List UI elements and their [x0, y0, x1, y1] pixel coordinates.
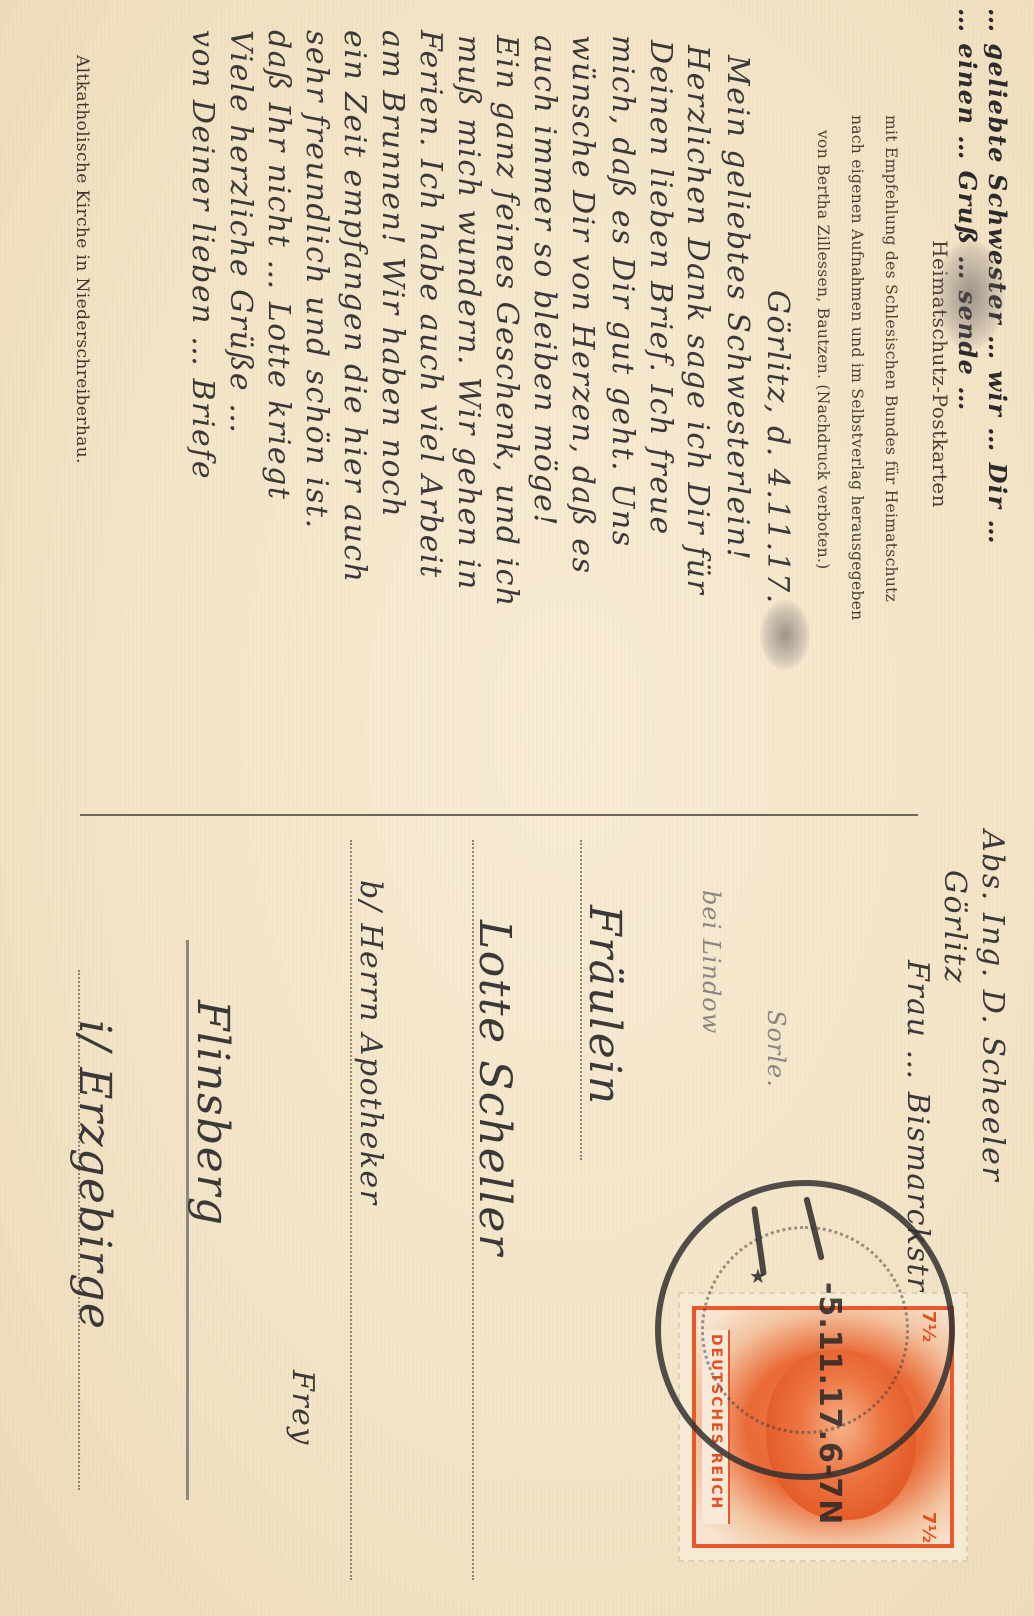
- address-line-town: Flinsberg: [187, 1000, 238, 1227]
- postmark: ★ -5.11.17.6-7N: [655, 1180, 955, 1480]
- printed-line-2: nach eigenen Aufnahmen und im Selbstverl…: [848, 115, 866, 620]
- message-line: am Brunnen! Wir haben noch: [375, 30, 410, 518]
- address-line-name: Lotte Scheller: [469, 920, 520, 1256]
- address-line-region: i/ Erzgebirge: [69, 1020, 120, 1330]
- message-line: wünsche Dir von Herzen, daß es: [565, 35, 600, 575]
- message-line: Ein ganz feines Geschenk, und ich: [489, 35, 524, 608]
- message-line: Herzlichen Dank sage ich Dir für: [680, 45, 715, 595]
- ink-smudge: [935, 240, 1005, 350]
- pencil-note: bei Lindow: [697, 890, 725, 1034]
- postmark-date: -5.11.17.6-7N: [812, 1282, 847, 1525]
- photo-caption: Altkatholische Kirche in Niederschreiber…: [72, 55, 92, 464]
- message-line: Deinen lieben Brief. Ich freue: [643, 40, 678, 536]
- printed-line-1: mit Empfehlung des Schlesischen Bundes f…: [882, 115, 900, 602]
- divider-line: [80, 814, 918, 816]
- postcard: … geliebte Schwester … wir … Dir … … ein…: [0, 0, 1034, 1616]
- message-line: auch immer so bleiben möge!: [527, 35, 562, 527]
- message-line: ein Zeit empfangen die hier auch: [337, 30, 372, 584]
- ink-smudge: [760, 600, 810, 670]
- address-line-care-of-name: Frey: [285, 1370, 320, 1446]
- message-line: Viele herzliche Grüße …: [223, 30, 258, 435]
- postmark-inner-ring: [701, 1226, 909, 1434]
- stamp-value: 7½: [918, 1512, 939, 1543]
- message-line: von Deiner lieben … Briefe: [185, 30, 220, 480]
- message-line: Mein geliebtes Schwesterlein!: [720, 55, 755, 561]
- sender-line: Görlitz: [937, 870, 972, 984]
- address-line-salutation: Fräulein: [579, 905, 630, 1106]
- pencil-note: Sorle.: [762, 1010, 790, 1088]
- message-line: daß Ihr nicht … Lotte kriegt: [261, 30, 296, 500]
- sender-line: Abs. Ing. D. Scheeler: [975, 830, 1010, 1182]
- message-line: Ferien. Ich habe auch viel Arbeit: [413, 30, 448, 579]
- top-margin-handwriting-2: … einen … Gruß … sende …: [953, 8, 982, 412]
- address-guide-line: [350, 840, 352, 1580]
- message-date: Görlitz, d. 4.11.17.: [760, 290, 795, 605]
- address-line-care-of: b/ Herrn Apotheker: [353, 880, 388, 1206]
- message-line: muß mich wundern. Wir gehen in: [451, 35, 486, 591]
- message-line: sehr freundlich und schön ist.: [299, 30, 334, 530]
- postmark-star-icon: ★: [749, 1264, 767, 1288]
- printed-line-3: von Bertha Zillessen, Bautzen. (Nachdruc…: [814, 130, 832, 569]
- message-line: mich, daß es Dir gut geht. Uns: [605, 35, 640, 548]
